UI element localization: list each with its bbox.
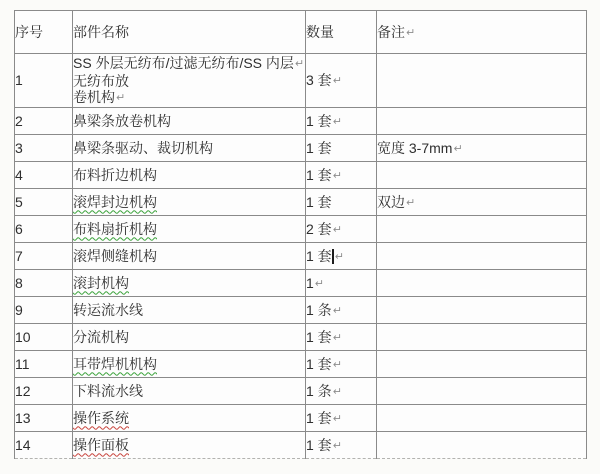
paragraph-mark: ↵ (333, 170, 342, 182)
remark-text: 宽度 3-7mm (377, 140, 452, 156)
cell-part-name[interactable]: SS 外层无纺布/过滤无纺布/SS 内层↵无纺布放卷机构↵ (73, 54, 306, 108)
part-name-text: 操作面板 (73, 437, 129, 453)
table-row: 6布料扇折机构2 套↵ (15, 215, 587, 242)
table-row: 1SS 外层无纺布/过滤无纺布/SS 内层↵无纺布放卷机构↵3 套↵ (15, 54, 587, 108)
quantity-text: 1 套 (306, 113, 332, 129)
part-name-text: 鼻梁条驱动、裁切机构 (73, 140, 213, 156)
paragraph-mark: ↵ (333, 440, 342, 452)
part-name-text: 下料流水线 (73, 383, 143, 399)
quantity-text: 1 条 (306, 383, 332, 399)
paragraph-mark: ↵ (406, 27, 415, 39)
cell-row-number[interactable]: 10 (15, 323, 73, 350)
part-name-line: 滚焊侧缝机构 (73, 243, 305, 269)
part-name-text: 操作系统 (73, 410, 129, 426)
text-cursor (332, 249, 334, 264)
cell-remark[interactable] (377, 54, 587, 108)
part-name-line: 转运流水线 (73, 297, 305, 323)
part-name-line: SS 外层无纺布/过滤无纺布/SS 内层↵ (73, 55, 305, 73)
row-number: 2 (15, 113, 23, 129)
cell-part-name[interactable]: 耳带焊机机构 (73, 350, 306, 377)
remark-text: 双边 (377, 194, 405, 210)
paragraph-mark: ↵ (406, 197, 415, 209)
paragraph-mark: ↵ (453, 143, 462, 155)
cell-remark[interactable] (377, 296, 587, 323)
cell-part-name[interactable]: 操作系统 (73, 404, 306, 431)
cell-row-number[interactable]: 4 (15, 161, 73, 188)
table-row: 12下料流水线1 条↵ (15, 377, 587, 404)
col-header-name[interactable]: 部件名称 (73, 11, 306, 54)
cell-row-number[interactable]: 12 (15, 377, 73, 404)
part-name-line: 布料折边机构 (73, 162, 305, 188)
quantity-text: 1 套 (306, 167, 332, 183)
cell-part-name[interactable]: 滚封机构 (73, 269, 306, 296)
part-name-line: 卷机构↵ (73, 89, 305, 107)
cell-remark[interactable] (377, 107, 587, 134)
cell-remark[interactable] (377, 161, 587, 188)
cell-part-name[interactable]: 滚焊封边机构 (73, 188, 306, 215)
cell-remark[interactable]: 双边↵ (377, 188, 587, 215)
quantity-text: 1 套 (306, 194, 332, 210)
part-name-text: 滚焊封边机构 (73, 194, 157, 210)
table-row: 2鼻梁条放卷机构1 套↵ (15, 107, 587, 134)
part-name-line: 操作面板 (73, 432, 305, 458)
cell-remark[interactable] (377, 269, 587, 296)
cell-remark[interactable] (377, 323, 587, 350)
table-body: 1SS 外层无纺布/过滤无纺布/SS 内层↵无纺布放卷机构↵3 套↵2鼻梁条放卷… (15, 54, 587, 459)
table-row: 8滚封机构1↵ (15, 269, 587, 296)
cell-remark[interactable] (377, 350, 587, 377)
part-name-text: 分流机构 (73, 329, 129, 345)
part-name-line: 下料流水线 (73, 378, 305, 404)
quantity-text: 2 套 (306, 221, 332, 237)
col-header-no-label: 序号 (15, 24, 43, 40)
quantity-text: 1 套 (306, 140, 332, 156)
cell-row-number[interactable]: 3 (15, 134, 73, 161)
row-number: 3 (15, 140, 23, 156)
part-name-text: 滚焊侧缝机构 (73, 248, 157, 264)
paragraph-mark: ↵ (333, 332, 342, 344)
table-row: 9转运流水线1 条↵ (15, 296, 587, 323)
col-header-qty-label: 数量 (306, 24, 334, 40)
part-name-text: 鼻梁条放卷机构 (73, 113, 171, 129)
part-name-line: 耳带焊机机构 (73, 351, 305, 377)
quantity-text: 3 套 (306, 72, 332, 88)
part-name-line: 滚封机构 (73, 270, 305, 296)
table-row: 13操作系统1 套↵ (15, 404, 587, 431)
row-number: 14 (15, 437, 31, 453)
part-name-line: 布料扇折机构 (73, 216, 305, 242)
part-name-line: 鼻梁条放卷机构 (73, 108, 305, 134)
paragraph-mark: ↵ (333, 359, 342, 371)
part-name-text: 卷机构 (73, 89, 115, 105)
col-header-remark[interactable]: 备注↵ (377, 11, 587, 54)
table-row: 10分流机构1 套↵ (15, 323, 587, 350)
part-name-text: 无纺布放 (73, 73, 129, 89)
col-header-name-label: 部件名称 (73, 24, 129, 40)
part-name-text: 转运流水线 (73, 302, 143, 318)
cell-remark[interactable] (377, 431, 587, 458)
cell-quantity[interactable]: 1↵ (306, 269, 377, 296)
paragraph-mark: ↵ (333, 75, 342, 87)
row-number: 13 (15, 410, 31, 426)
cell-quantity[interactable]: 1 条↵ (306, 377, 377, 404)
paragraph-mark: ↵ (333, 386, 342, 398)
row-number: 1 (15, 72, 23, 88)
table-header-row: 序号 部件名称 数量 备注↵ (15, 11, 587, 54)
cell-part-name[interactable]: 转运流水线 (73, 296, 306, 323)
parts-list-table: 序号 部件名称 数量 备注↵ 1SS 外层无纺布/过滤无纺布/SS 内层↵无纺布… (14, 10, 587, 459)
table-row: 5滚焊封边机构1 套双边↵ (15, 188, 587, 215)
paragraph-mark: ↵ (335, 251, 344, 263)
cell-remark[interactable] (377, 242, 587, 269)
table-row: 4布料折边机构1 套↵ (15, 161, 587, 188)
cell-quantity[interactable]: 1 套↵ (306, 431, 377, 458)
row-number: 12 (15, 383, 31, 399)
paragraph-mark: ↵ (295, 58, 304, 70)
row-number: 11 (15, 356, 30, 372)
part-name-text: 耳带焊机机构 (73, 356, 157, 372)
cell-row-number[interactable]: 11 (15, 350, 73, 377)
cell-row-number[interactable]: 2 (15, 107, 73, 134)
cell-part-name[interactable]: 操作面板 (73, 431, 306, 458)
part-name-text: 布料扇折机构 (73, 221, 157, 237)
cell-row-number[interactable]: 7 (15, 242, 73, 269)
part-name-text: 布料折边机构 (73, 167, 157, 183)
col-header-no[interactable]: 序号 (15, 11, 73, 54)
table-row: 14操作面板1 套↵ (15, 431, 587, 458)
cell-row-number[interactable]: 13 (15, 404, 73, 431)
part-name-line: 滚焊封边机构 (73, 189, 305, 215)
row-number: 9 (15, 302, 23, 318)
table-row: 11耳带焊机机构1 套↵ (15, 350, 587, 377)
cell-remark[interactable] (377, 215, 587, 242)
row-number: 5 (15, 194, 23, 210)
quantity-text: 1 条 (306, 302, 332, 318)
cell-part-name[interactable]: 滚焊侧缝机构 (73, 242, 306, 269)
cell-remark[interactable]: 宽度 3-7mm↵ (377, 134, 587, 161)
document-page: { "page": { "background": "#fbfbf9", "ta… (0, 0, 600, 474)
paragraph-mark: ↵ (333, 305, 342, 317)
cell-row-number[interactable]: 5 (15, 188, 73, 215)
cell-quantity[interactable]: 2 套↵ (306, 215, 377, 242)
row-number: 8 (15, 275, 23, 291)
cell-quantity[interactable]: 1 套↵ (306, 404, 377, 431)
cell-part-name[interactable]: 鼻梁条驱动、裁切机构 (73, 134, 306, 161)
cell-quantity[interactable]: 1 套 (306, 188, 377, 215)
row-number: 4 (15, 167, 23, 183)
cell-part-name[interactable]: 鼻梁条放卷机构 (73, 107, 306, 134)
cell-quantity[interactable]: 1 套↵ (306, 350, 377, 377)
quantity-text: 1 套 (306, 437, 332, 453)
cell-part-name[interactable]: 布料扇折机构 (73, 215, 306, 242)
part-name-line: 分流机构 (73, 324, 305, 350)
cell-quantity[interactable]: 1 套↵ (306, 161, 377, 188)
part-name-text: SS 外层无纺布/过滤无纺布/SS 内层 (73, 55, 294, 71)
paragraph-mark: ↵ (315, 278, 324, 290)
cell-row-number[interactable]: 14 (15, 431, 73, 458)
row-number: 7 (15, 248, 23, 264)
cell-remark[interactable] (377, 377, 587, 404)
cell-remark[interactable] (377, 404, 587, 431)
cell-row-number[interactable]: 8 (15, 269, 73, 296)
part-name-line: 无纺布放 (73, 73, 305, 90)
cell-quantity[interactable]: 1 套↵ (306, 242, 377, 269)
table-row: 3鼻梁条驱动、裁切机构1 套宽度 3-7mm↵ (15, 134, 587, 161)
paragraph-mark: ↵ (333, 413, 342, 425)
row-number: 10 (15, 329, 31, 345)
col-header-qty[interactable]: 数量 (306, 11, 377, 54)
quantity-text: 1 套 (306, 329, 332, 345)
quantity-text: 1 套 (306, 410, 332, 426)
cell-quantity[interactable]: 1 条↵ (306, 296, 377, 323)
quantity-text: 1 (306, 275, 314, 291)
part-name-line: 鼻梁条驱动、裁切机构 (73, 135, 305, 161)
cell-row-number[interactable]: 1 (15, 54, 73, 108)
col-header-remark-label: 备注 (377, 24, 405, 40)
paragraph-mark: ↵ (333, 116, 342, 128)
part-name-text: 滚封机构 (73, 275, 129, 291)
cell-quantity[interactable]: 1 套↵ (306, 107, 377, 134)
cell-quantity[interactable]: 3 套↵ (306, 54, 377, 108)
cell-row-number[interactable]: 9 (15, 296, 73, 323)
cell-part-name[interactable]: 布料折边机构 (73, 161, 306, 188)
row-number: 6 (15, 221, 23, 237)
quantity-text: 1 套 (306, 356, 332, 372)
quantity-text: 1 套 (306, 248, 332, 264)
paragraph-mark: ↵ (333, 224, 342, 236)
paragraph-mark: ↵ (116, 92, 125, 104)
cell-quantity[interactable]: 1 套 (306, 134, 377, 161)
cell-part-name[interactable]: 下料流水线 (73, 377, 306, 404)
table-row: 7滚焊侧缝机构1 套↵ (15, 242, 587, 269)
cell-row-number[interactable]: 6 (15, 215, 73, 242)
cell-part-name[interactable]: 分流机构 (73, 323, 306, 350)
cell-quantity[interactable]: 1 套↵ (306, 323, 377, 350)
part-name-line: 操作系统 (73, 405, 305, 431)
